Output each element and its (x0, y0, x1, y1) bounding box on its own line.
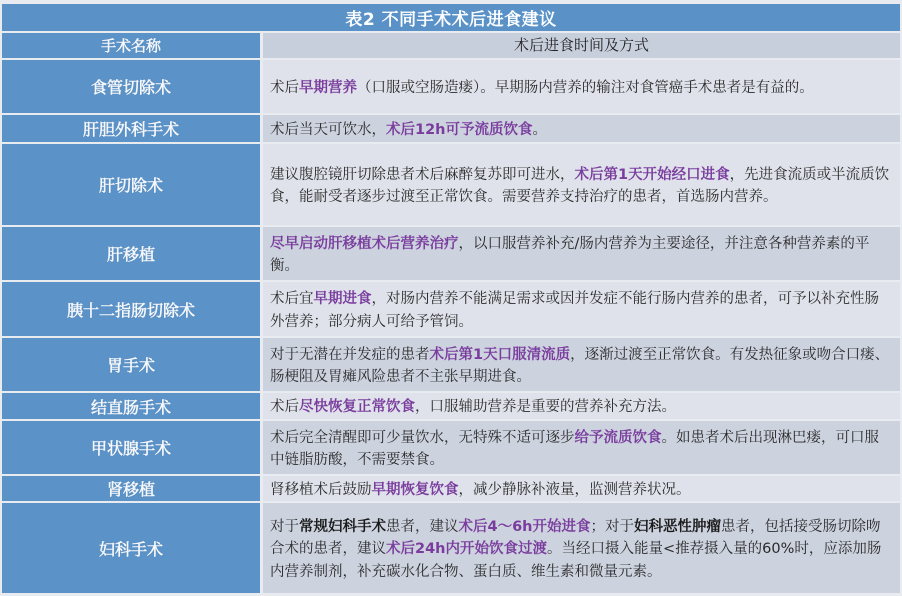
advice-text-segment: 患者，建议 (386, 519, 459, 535)
surgery-name-cell: 胰十二指肠切除术 (2, 282, 260, 336)
advice-text: 术后宜早期进食，对肠内营养不能满足需求或因并发症不能行肠内营养的患者，可予以补充… (270, 288, 892, 333)
highlight-text: 早期进食 (314, 291, 372, 307)
advice-text-segment: 术后当天可饮水， (270, 122, 386, 138)
advice-cell: 术后宜早期进食，对肠内营养不能满足需求或因并发症不能行肠内营养的患者，可予以补充… (263, 282, 900, 336)
table-row: 食管切除术术后早期营养（口服或空肠造瘘）。早期肠内营养的输注对食管癌手术患者是有… (2, 60, 900, 113)
table-header-row: 手术名称 术后进食时间及方式 (2, 33, 900, 58)
highlight-text: 术后24h内开始饮食过渡 (386, 541, 547, 557)
advice-text-segment: 术后宜 (270, 291, 314, 307)
advice-cell: 建议腹腔镜肝切除患者术后麻醉复苏即可进水，术后第1天开始经口进食，先进食流质或半… (263, 144, 900, 225)
advice-text-segment: 对于 (270, 519, 299, 535)
advice-cell: 术后尽快恢复正常饮食，口服辅助营养是重要的营养补充方法。 (263, 393, 900, 419)
advice-text-segment: （口服或空肠造瘘）。早期肠内营养的输注对食管癌手术患者是有益的。 (357, 80, 814, 96)
highlight-text: 给予流质饮食 (575, 430, 662, 446)
table-row: 胃手术对于无潜在并发症的患者术后第1天口服清流质，逐渐过渡至正常饮食。有发热征象… (2, 338, 900, 391)
advice-text: 术后完全清醒即可少量饮水，无特殊不适可逐步给予流质饮食。如患者术后出现淋巴瘘，可… (270, 427, 892, 472)
table-row: 肝切除术建议腹腔镜肝切除患者术后麻醉复苏即可进水，术后第1天开始经口进食，先进食… (2, 144, 900, 225)
bold-text: 常规妇科手术 (299, 519, 386, 535)
advice-cell: 尽早启动肝移植术后营养治疗，以口服营养补充/肠内营养为主要途径，并注意各种营养素… (263, 227, 900, 280)
advice-text: 术后早期营养（口服或空肠造瘘）。早期肠内营养的输注对食管癌手术患者是有益的。 (270, 77, 892, 100)
table-title: 表2 不同手术术后进食建议 (2, 4, 900, 31)
table-row: 甲状腺手术术后完全清醒即可少量饮水，无特殊不适可逐步给予流质饮食。如患者术后出现… (2, 421, 900, 474)
advice-text-segment: 建议腹腔镜肝切除患者术后麻醉复苏即可进水， (270, 167, 575, 183)
surgery-name-cell: 甲状腺手术 (2, 421, 260, 474)
highlight-text: 早期营养 (299, 80, 357, 96)
advice-text-segment: 术后 (270, 80, 299, 96)
bold-text: 妇科恶性肿瘤 (634, 519, 721, 535)
surgery-name-cell: 肝切除术 (2, 144, 260, 225)
advice-cell: 术后早期营养（口服或空肠造瘘）。早期肠内营养的输注对食管癌手术患者是有益的。 (263, 60, 900, 113)
table-row: 肝移植尽早启动肝移植术后营养治疗，以口服营养补充/肠内营养为主要途径，并注意各种… (2, 227, 900, 280)
table-row: 胰十二指肠切除术术后宜早期进食，对肠内营养不能满足需求或因并发症不能行肠内营养的… (2, 282, 900, 336)
advice-text: 建议腹腔镜肝切除患者术后麻醉复苏即可进水，术后第1天开始经口进食，先进食流质或半… (270, 164, 892, 209)
table-title-text: 表2 不同手术术后进食建议 (345, 5, 556, 30)
advice-text-segment: ，减少静脉补液量，监测营养状况。 (459, 482, 691, 498)
surgery-name-cell: 肝胆外科手术 (2, 115, 260, 142)
advice-text-segment: 。 (533, 122, 548, 138)
table-row: 肾移植肾移植术后鼓励早期恢复饮食，减少静脉补液量，监测营养状况。 (2, 476, 900, 501)
highlight-text: 术后第1天口服清流质 (430, 347, 571, 363)
table-row: 结直肠手术术后尽快恢复正常饮食，口服辅助营养是重要的营养补充方法。 (2, 393, 900, 419)
advice-cell: 对于无潜在并发症的患者术后第1天口服清流质，逐渐过渡至正常饮食。有发热征象或吻合… (263, 338, 900, 391)
advice-text-segment: 肾移植术后鼓励 (270, 482, 372, 498)
advice-text: 肾移植术后鼓励早期恢复饮食，减少静脉补液量，监测营养状况。 (270, 479, 892, 502)
header-advice: 术后进食时间及方式 (263, 33, 900, 58)
surgery-name-cell: 胃手术 (2, 338, 260, 391)
advice-cell: 术后完全清醒即可少量饮水，无特殊不适可逐步给予流质饮食。如患者术后出现淋巴瘘，可… (263, 421, 900, 474)
advice-text: 尽早启动肝移植术后营养治疗，以口服营养补充/肠内营养为主要途径，并注意各种营养素… (270, 233, 892, 278)
advice-text-segment: 术后完全清醒即可少量饮水，无特殊不适可逐步 (270, 430, 575, 446)
advice-text: 对于常规妇科手术患者，建议术后4～6h开始进食；对于妇科恶性肿瘤患者，包括接受肠… (270, 516, 892, 584)
advice-cell: 对于常规妇科手术患者，建议术后4～6h开始进食；对于妇科恶性肿瘤患者，包括接受肠… (263, 503, 900, 593)
advice-text: 术后当天可饮水，术后12h可予流质饮食。 (270, 119, 892, 142)
surgery-name-cell: 妇科手术 (2, 503, 260, 593)
advice-text-segment: ；对于 (591, 519, 635, 535)
highlight-text: 早期恢复饮食 (372, 482, 459, 498)
highlight-text: 术后4～6h开始进食 (459, 519, 591, 535)
advice-cell: 肾移植术后鼓励早期恢复饮食，减少静脉补液量，监测营养状况。 (263, 476, 900, 501)
surgery-name-cell: 肝移植 (2, 227, 260, 280)
advice-text: 术后尽快恢复正常饮食，口服辅助营养是重要的营养补充方法。 (270, 396, 892, 419)
table-row: 妇科手术对于常规妇科手术患者，建议术后4～6h开始进食；对于妇科恶性肿瘤患者，包… (2, 503, 900, 593)
advice-text-segment: ，口服辅助营养是重要的营养补充方法。 (415, 399, 676, 415)
surgery-name-cell: 肾移植 (2, 476, 260, 501)
surgery-name-cell: 结直肠手术 (2, 393, 260, 419)
highlight-text: 术后第1天开始经口进食 (575, 167, 730, 183)
highlight-text: 尽快恢复正常饮食 (299, 399, 415, 415)
advice-text: 对于无潜在并发症的患者术后第1天口服清流质，逐渐过渡至正常饮食。有发热征象或吻合… (270, 344, 892, 389)
advice-text-segment: 术后 (270, 399, 299, 415)
table-row: 肝胆外科手术术后当天可饮水，术后12h可予流质饮食。 (2, 115, 900, 142)
advice-text-segment: 对于无潜在并发症的患者 (270, 347, 430, 363)
header-surgery: 手术名称 (2, 33, 260, 58)
surgery-name-cell: 食管切除术 (2, 60, 260, 113)
highlight-text: 尽早启动肝移植术后营养治疗 (270, 236, 459, 252)
highlight-text: 术后12h可予流质饮食 (386, 122, 533, 138)
advice-cell: 术后当天可饮水，术后12h可予流质饮食。 (263, 115, 900, 142)
